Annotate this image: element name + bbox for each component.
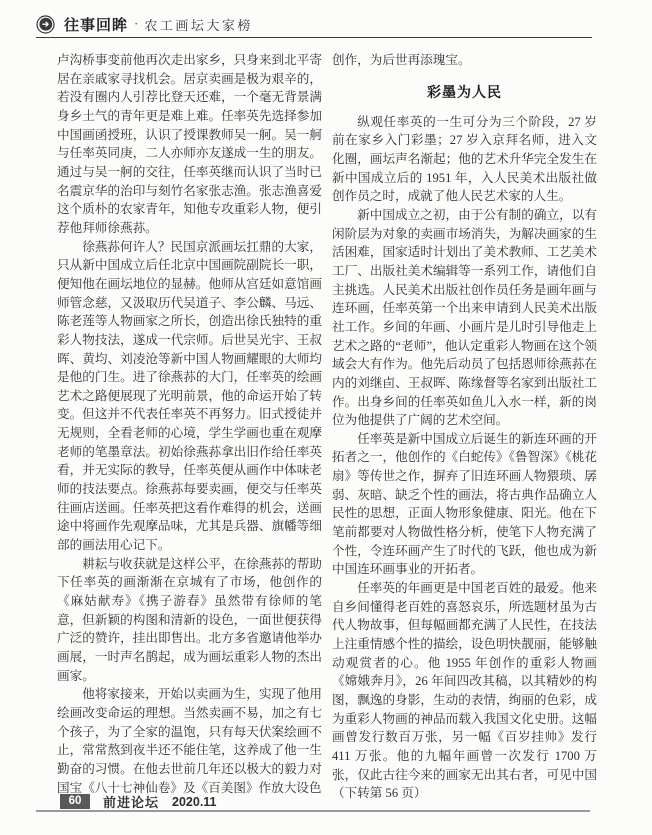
paragraph: 他将家接来，开始以卖画为生，实现了他用绘画改变命运的理想。当然卖画不易，加之有七… xyxy=(57,685,322,797)
title-separator: · xyxy=(134,16,138,32)
magazine-page: 往事回眸 · 农工画坛大家榜 卢沟桥事变前他再次走出家乡，只身来到北平寄居在亲戚… xyxy=(0,0,652,835)
header-rule xyxy=(36,37,592,38)
column-title: 往事回眸 xyxy=(64,14,128,35)
topic-title: 农工画坛大家榜 xyxy=(144,15,253,34)
footer-rule xyxy=(36,810,590,812)
page-number-badge: 60 xyxy=(60,794,90,809)
paragraph: 任率英是新中国成立后诞生的新连环画的开拓者之一，他创作的《白蛇传》《鲁智深》《桃… xyxy=(332,430,597,579)
section-heading: 彩墨为人民 xyxy=(332,82,597,102)
paragraph: 任率英的年画更是中国老百姓的最爱。他来自乡间懂得老百姓的喜怒哀乐，所选题材虽为古… xyxy=(332,579,597,803)
page-footer: 60 前进论坛 2020.11 xyxy=(60,792,217,811)
article-body: 卢沟桥事变前他再次走出家乡，只身来到北平寄居在亲戚家寻找机会。居京卖画是极为艰辛… xyxy=(57,51,597,803)
paragraph: 新中国成立之初，由于公有制的确立，以有闲阶层为对象的卖画市场消失，为解决画家的生… xyxy=(332,206,597,430)
forward-arrow-circle-icon xyxy=(36,15,55,34)
issue-number: 2020.11 xyxy=(172,795,217,809)
journal-name: 前进论坛 xyxy=(103,792,159,811)
paragraph: 创作，为后世再添瑰宝。 xyxy=(332,51,597,70)
left-column: 卢沟桥事变前他再次走出家乡，只身来到北平寄居在亲戚家寻找机会。居京卖画是极为艰辛… xyxy=(57,51,322,803)
page-header: 往事回眸 · 农工画坛大家榜 xyxy=(36,12,253,36)
paragraph: 耕耘与收获就是这样公平，在徐燕荪的帮助下任率英的画渐渐在京城有了市场，他创作的《… xyxy=(57,555,322,686)
paragraph: 纵观任率英的一生可分为三个阶段，27 岁前在家乡入门彩墨；27 岁入京拜名师，进… xyxy=(332,113,597,206)
right-column: 创作，为后世再添瑰宝。彩墨为人民纵观任率英的一生可分为三个阶段，27 岁前在家乡… xyxy=(332,51,597,803)
paragraph: 卢沟桥事变前他再次走出家乡，只身来到北平寄居在亲戚家寻找机会。居京卖画是极为艰辛… xyxy=(57,51,322,238)
paragraph: 徐燕荪何许人？民国京派画坛扛鼎的大家，只从新中国成立后任北京中国画院副院长一职，… xyxy=(57,238,322,555)
